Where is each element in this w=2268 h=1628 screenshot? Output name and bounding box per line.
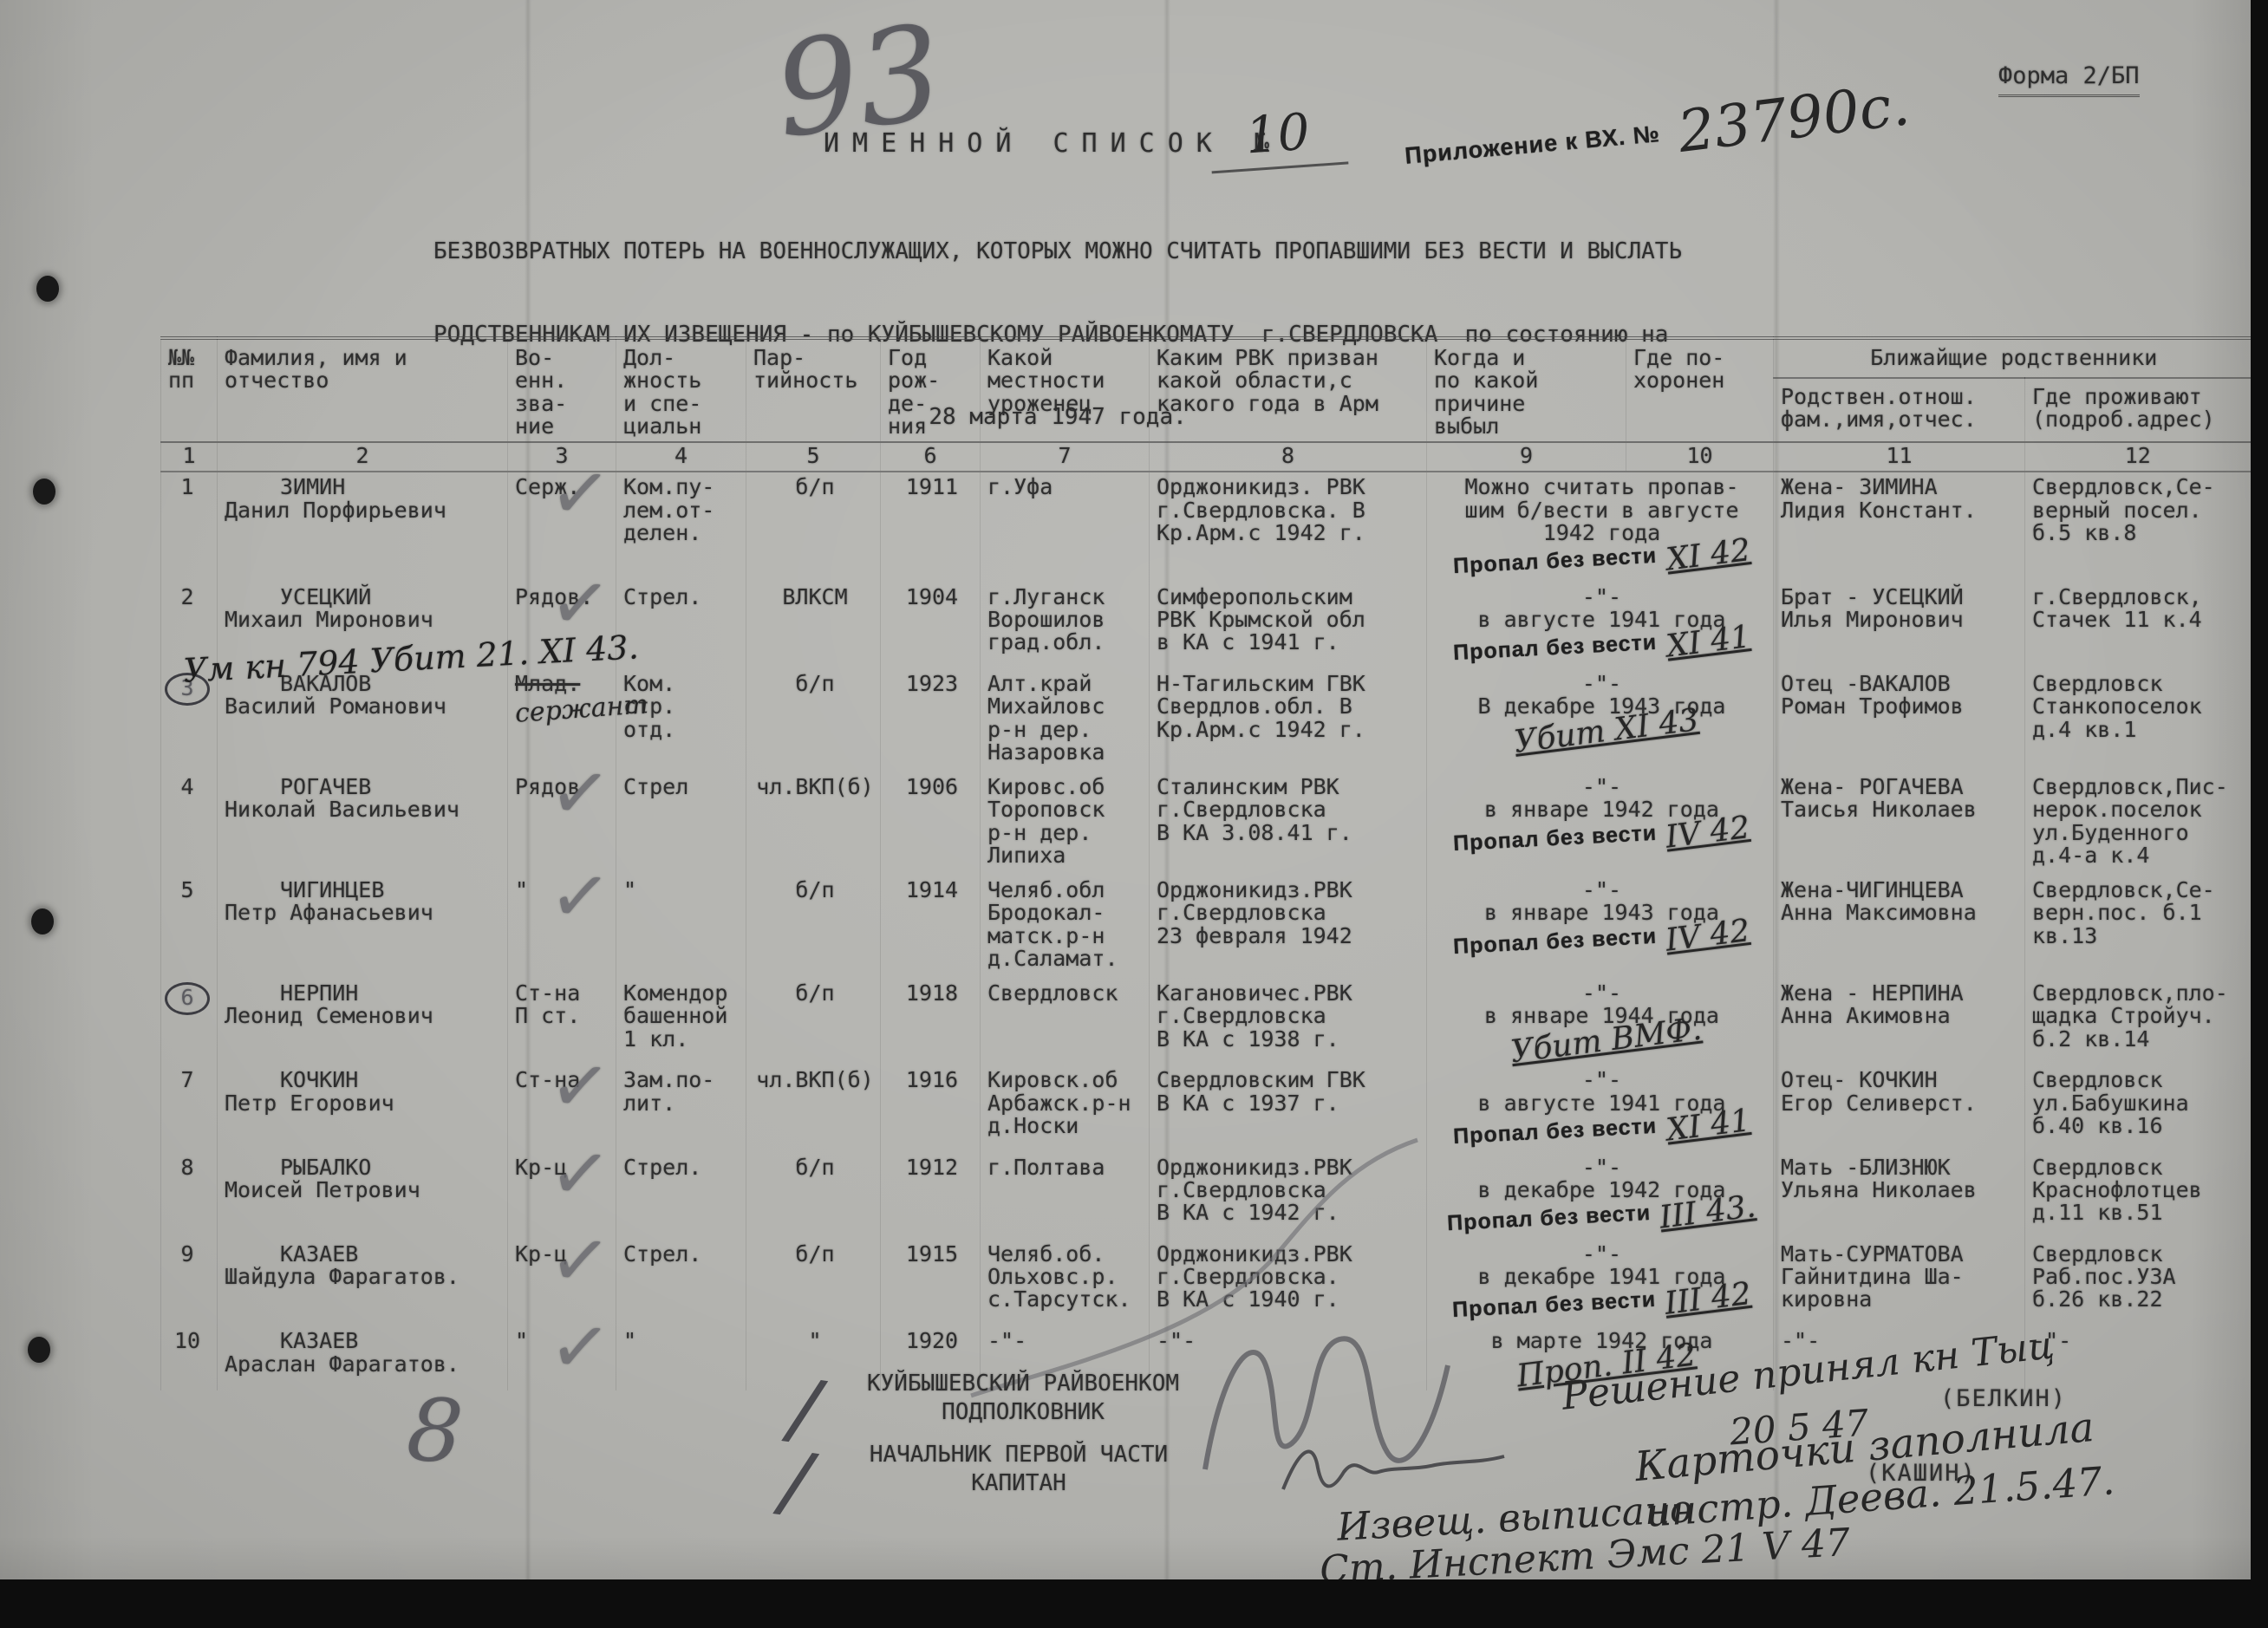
fate-text: -"- в январе 1944 года [1434,982,1769,1028]
name-cell: ЧИГИНЦЕВПетр Афанасьевич [218,876,508,979]
rank-cell: ✓Кр-ц [508,1240,616,1326]
rank-text: Ст-на [515,1067,580,1092]
party-cell: б/п [746,979,881,1065]
stamp-line: Убит ВМФ. [1434,1021,1770,1060]
table-row: 4РОГАЧЕВНиколай Васильевич✓РядовСтрелчл.… [161,772,2251,876]
row-number-cell: 6 [161,979,218,1065]
rank-text: Кр-ц [515,1241,567,1267]
missing-in-action-stamp: Пропал без вести [1453,924,1658,958]
chief-signature [1274,1429,1517,1507]
rank-cell: Ст-на П ст. [508,979,616,1065]
surname: ЧИГИНЦЕВ [280,879,504,902]
struck-rank: Млад. [515,671,580,696]
col-header-number: №№ пп [161,338,218,442]
handwritten-stamp-date: IV 42 [1664,811,1751,854]
position-cell: " [616,876,746,979]
scanned-document-page: { "document": { "page_number_hw": "93", … [0,0,2268,1628]
address-cell: г.Свердловск, Стачек 11 к.4 [2025,583,2251,669]
origin-cell: Алт.край Михайловс р-н дер. Назаровка [981,669,1150,772]
handwritten-list-number: 10 [1208,100,1349,174]
casualty-list-table: №№ пп Фамилия, имя и отчество Во- енн. з… [160,336,2251,1390]
given-names: Николай Васильевич [225,798,504,821]
table-row: 8РЫБАЛКОМоисей Петрович✓Кр-цСтрел.б/п191… [161,1153,2251,1240]
fate-cell: -"- в августе 1941 годаПропал без вестиX… [1427,1065,1774,1152]
table-row: 1ЗИМИНДанил Порфирьевич✓Серж.Ком.пу- лем… [161,472,2251,583]
table-row: 5ЧИГИНЦЕВПетр Афанасьевич✓""б/п1914Челяб… [161,876,2251,979]
table-row: 3Ум кн 794 Убит 21. XI 43.ВАКАЛОВВасилий… [161,669,2251,772]
row-number-cell: 9 [161,1240,218,1326]
table-row: 7КОЧКИНПетр Егорович✓Ст-наЗам.по- лит.чл… [161,1065,2251,1152]
row-number-cell: 7 [161,1065,218,1152]
col-number: 5 [746,442,881,472]
origin-cell: г.Полтава [981,1153,1150,1240]
table-row: 9КАЗАЕВШайдула Фарагатов.✓Кр-цСтрел.б/п1… [161,1240,2251,1326]
fate-cell: -"- в январе 1943 годаПропал без вестиIV… [1427,876,1774,979]
relative-cell: Брат - УСЕЦКИЙ Илья Миронович [1774,583,2025,669]
origin-cell: Челяб.обл Бродокал- матск.р-н д.Саламат. [981,876,1150,979]
party-cell: ВЛКСМ [746,583,881,669]
address-cell: Свердловск,Се- верн.пос. б.1 кв.13 [2025,876,2251,979]
drafted-by-cell: Н-Тагильским ГВК Свердлов.обл. В Кр.Арм.… [1150,669,1427,772]
col-number: 6 [881,442,981,472]
rank-text: Ст-на П ст. [515,980,580,1028]
given-names: Леонид Семенович [225,1005,504,1027]
drafted-by-cell: Свердловским ГВК В КА с 1937 г. [1150,1065,1427,1152]
relative-cell: Жена-ЧИГИНЦЕВА Анна Максимовна [1774,876,2025,979]
col-number: 8 [1150,442,1427,472]
form-label: Форма 2/БП [1998,62,2140,97]
party-cell: чл.ВКП(б) [746,1065,881,1152]
handwritten-stamp-date: III 42 [1663,1278,1753,1321]
stamp-line: Пропал без вестиXI 41 [1434,1109,1770,1148]
col-header-rank: Во- енн. зва- ние [508,338,616,442]
birth-year-cell: 1911 [881,472,981,583]
col-number: 9 [1427,442,1626,472]
subtitle-line: БЕЗВОЗВРАТНЫХ ПОТЕРЬ НА ВОЕННОСЛУЖАЩИХ, … [433,238,1682,266]
handwritten-stamp-date: XI 42 [1665,534,1752,576]
rank-cell: Млад.сержант [508,669,616,772]
rank-text: " [515,877,528,902]
position-cell: Зам.по- лит. [616,1065,746,1152]
address-cell: Свердловск Раб.пос.УЗА б.26 кв.22 [2025,1240,2251,1326]
surname: РОГАЧЕВ [280,776,504,798]
missing-in-action-stamp: Пропал без вести [1453,1115,1658,1149]
given-names: Петр Афанасьевич [225,902,504,924]
name-cell: ЗИМИНДанил Порфирьевич [218,472,508,583]
birth-year-cell: 1916 [881,1065,981,1152]
rank-cell: ✓" [508,876,616,979]
surname: НЕРПИН [280,982,504,1005]
col-number: 10 [1626,442,1774,472]
rank-text: Серж. [515,474,580,499]
handwritten-rank: сержант [514,694,613,727]
surname: КАЗАЕВ [280,1330,504,1352]
relative-cell: Жена- ЗИМИНА Лидия Констант. [1774,472,2025,583]
stamp-line: Убит XI 43 [1434,712,1770,751]
origin-cell: г.Луганск Ворошилов град.обл. [981,583,1150,669]
address-cell: Свердловск Краснофлотцев д.11 кв.51 [2025,1153,2251,1240]
rank-text: Рядов [515,774,580,799]
birth-year-cell: 1914 [881,876,981,979]
party-cell: б/п [746,472,881,583]
chief-signature-title: НАЧАЛЬНИК ПЕРВОЙ ЧАСТИ КАПИТАН [815,1441,1222,1497]
stamp-line: Пропал без вестиIII 43. [1434,1195,1770,1234]
missing-in-action-stamp: Пропал без вести [1451,1288,1656,1322]
col-number: 7 [981,442,1150,472]
col-header-relatives-group: Ближайщие родственники [1774,338,2251,378]
stamp-line: Пропал без вестиIV 42 [1434,918,1770,957]
row-number-cell: 8 [161,1153,218,1240]
punch-hole [33,479,55,505]
address-cell: -"- [2025,1326,2251,1390]
relative-cell: Жена- РОГАЧЕВА Таисья Николаев [1774,772,2025,876]
relative-cell: Мать -БЛИЗНЮК Ульяна Николаев [1774,1153,2025,1240]
birth-year-cell: 1915 [881,1240,981,1326]
col-number: 2 [218,442,508,472]
origin-cell: Кировс.об Тороповск р-н дер. Липиха [981,772,1150,876]
position-cell: Стрел [616,772,746,876]
birth-year-cell: 1918 [881,979,981,1065]
row-number-cell: 10 [161,1326,218,1390]
given-names: Моисей Петрович [225,1179,504,1201]
drafted-by-cell: Орджоникидз.РВК г.Свердловска В КА с 194… [1150,1153,1427,1240]
address-cell: Свердловск,Пис- нерок.поселок ул.Буденно… [2025,772,2251,876]
name-cell: Ум кн 794 Убит 21. XI 43.ВАКАЛОВВасилий … [218,669,508,772]
col-header-when-lost: Когда и по какой причине выбыл [1427,338,1626,442]
stamp-line: Пропал без вестиIII 42 [1434,1282,1770,1321]
relative-cell: Жена - НЕРПИНА Анна Акимовна [1774,979,2025,1065]
drafted-by-cell: Орджоникидз.РВК г.Свердловска 23 февраля… [1150,876,1427,979]
missing-in-action-stamp: Пропал без вести [1453,544,1658,578]
handwritten-stamp-date: XI 41 [1665,621,1752,663]
col-header-burial: Где по- хоронен [1626,338,1774,442]
missing-in-action-stamp: Пропал без вести [1447,1201,1652,1235]
address-cell: Свердловск,Се- верный посел. б.5 кв.8 [2025,472,2251,583]
position-cell: " [616,1326,746,1390]
given-names: Петр Егорович [225,1092,504,1115]
punch-hole [31,908,54,934]
name-cell: РОГАЧЕВНиколай Васильевич [218,772,508,876]
handwritten-stamp-date: IV 42 [1664,915,1751,957]
paper-sheet: 93 Форма 2/БП ИМЕННОЙ СПИСОК № 10 Прилож… [0,0,2251,1579]
rank-text: Кр-ц [515,1155,567,1180]
stamp-line: Пропал без вестиXI 42 [1434,538,1770,577]
surname: ЗИМИН [280,476,504,498]
drafted-by-cell: Симферопольским РВК Крымской обл в КА с … [1150,583,1427,669]
party-cell: б/п [746,1240,881,1326]
position-cell: Комендор башенной 1 кл. [616,979,746,1065]
rank-cell: ✓Рядов [508,772,616,876]
col-header-party: Пар- тийность [746,338,881,442]
drafted-by-cell: Кагановичес.РВК г.Свердловска В КА с 193… [1150,979,1427,1065]
col-number: 12 [2025,442,2251,472]
position-cell: Ком. стр. отд. [616,669,746,772]
address-cell: Свердловск Станкопоселок д.4 кв.1 [2025,669,2251,772]
incoming-attachment-stamp: Приложение к ВХ. № [1404,120,1661,170]
surname: КАЗАЕВ [280,1243,504,1266]
column-numbers-row: 1 2 3 4 5 6 7 8 9 10 11 12 [161,442,2251,472]
rank-cell: ✓Серж. [508,472,616,583]
given-names: Михаил Миронович [225,609,504,631]
origin-cell: г.Уфа [981,472,1150,583]
handwritten-incoming-number: 23790с. [1674,71,1913,166]
fate-cell: -"- в августе 1941 годаПропал без вестиX… [1427,583,1774,669]
fate-cell: -"- в январе 1942 годаПропал без вестиIV… [1427,772,1774,876]
origin-cell: Свердловск [981,979,1150,1065]
name-cell: КАЗАЕВШайдула Фарагатов. [218,1240,508,1326]
punch-hole [28,1337,50,1363]
position-cell: Стрел. [616,1153,746,1240]
surname: КОЧКИН [280,1069,504,1091]
birth-year-cell: 1906 [881,772,981,876]
birth-year-cell: 1912 [881,1153,981,1240]
name-cell: НЕРПИНЛеонид Семенович [218,979,508,1065]
col-header-drafted-by: Каким РВК призван какой области,с какого… [1150,338,1427,442]
col-number: 3 [508,442,616,472]
rank-cell: ✓Кр-ц [508,1153,616,1240]
rank-cell: ✓Ст-на [508,1065,616,1152]
relative-cell: Отец- КОЧКИН Егор Селиверст. [1774,1065,2025,1152]
drafted-by-cell: Орджоникидз. РВК г.Свердловска. В Кр.Арм… [1150,472,1427,583]
rank-text: Рядов. [515,584,593,609]
fate-cell: Можно считать пропав- шим б/вести в авгу… [1427,472,1774,583]
table-row: 6НЕРПИНЛеонид СеменовичСт-на П ст.Коменд… [161,979,2251,1065]
given-names: Василий Романович [225,695,504,718]
given-names: Шайдула Фарагатов. [225,1266,504,1288]
address-cell: Свердловск,пло- щадка Стройуч. б.2 кв.14 [2025,979,2251,1065]
handwritten-sheet-mark: 8 [404,1378,466,1483]
party-cell: чл.ВКП(б) [746,772,881,876]
address-cell: Свердловск ул.Бабушкина б.40 кв.16 [2025,1065,2251,1152]
position-cell: Ком.пу- лем.от- делен. [616,472,746,583]
stamp-line: Пропал без вестиIV 42 [1434,815,1770,854]
party-cell: б/п [746,876,881,979]
handwritten-stamp-date: III 43. [1659,1190,1758,1234]
col-number: 4 [616,442,746,472]
col-header-origin: Какой местности уроженец [981,338,1150,442]
stamp-line: Пропал без вестиXI 41 [1434,625,1770,664]
table-header: №№ пп Фамилия, имя и отчество Во- енн. з… [161,338,2251,472]
fate-cell: -"- В декабре 1943 годаУбит XI 43 [1427,669,1774,772]
surname: РЫБАЛКО [280,1156,504,1179]
given-names: Араслан Фарагатов. [225,1353,504,1376]
birth-year-cell: 1904 [881,583,981,669]
name-cell: РЫБАЛКОМоисей Петрович [218,1153,508,1240]
col-header-name: Фамилия, имя и отчество [218,338,508,442]
col-header-relative-name: Родствен.отнош. фам.,имя,отчес. [1774,378,2025,442]
table-body: 1ЗИМИНДанил Порфирьевич✓Серж.Ком.пу- лем… [161,472,2251,1390]
name-cell: КОЧКИНПетр Егорович [218,1065,508,1152]
col-header-birth-year: Год рож- де- ния [881,338,981,442]
relative-cell: Мать-СУРМАТОВА Гайнитдина Ша- кировна [1774,1240,2025,1326]
fate-cell: -"- в декабре 1942 годаПропал без вестиI… [1427,1153,1774,1240]
relative-cell: Отец -ВАКАЛОВ Роман Трофимов [1774,669,2025,772]
position-cell: Стрел. [616,1240,746,1326]
col-header-relative-address: Где проживают (подроб.адрес) [2025,378,2251,442]
drafted-by-cell: Сталинским РВК г.Свердловска В КА 3.08.4… [1150,772,1427,876]
handwritten-stamp-date: XI 41 [1665,1104,1752,1147]
col-number: 11 [1774,442,2025,472]
given-names: Данил Порфирьевич [225,499,504,522]
fate-text: -"- В декабре 1943 года [1434,673,1769,719]
missing-in-action-stamp: Пропал без вести [1453,821,1658,855]
fate-text: Можно считать пропав- шим б/вести в авгу… [1434,476,1769,544]
origin-cell: Кировск.об Арбажск.р-н д.Носки [981,1065,1150,1152]
row-number-cell: 4 [161,772,218,876]
col-header-position: Дол- жность и спе- циальн [616,338,746,442]
row-number-cell: 5 [161,876,218,979]
fate-cell: -"- в декабре 1941 годаПропал без вестиI… [1427,1240,1774,1326]
party-cell: б/п [746,669,881,772]
rank-cell: ✓" [508,1326,616,1390]
origin-cell: Челяб.об. Ольховс.р. с.Тарсутск. [981,1240,1150,1326]
fate-cell: -"- в январе 1944 годаУбит ВМФ. [1427,979,1774,1065]
circled-row-number: 6 [165,982,210,1015]
birth-year-cell: 1923 [881,669,981,772]
row-number-cell: 1 [161,472,218,583]
punch-hole [36,276,59,302]
surname: УСЕЦКИЙ [280,586,504,609]
missing-in-action-stamp: Пропал без вести [1453,631,1658,665]
commissar-signature-title: КУЙБЫШЕВСКИЙ РАЙВОЕНКОМ ПОДПОЛКОВНИК [819,1370,1227,1426]
rank-text: " [515,1328,528,1353]
col-number: 1 [161,442,218,472]
party-cell: б/п [746,1153,881,1240]
drafted-by-cell: Орджоникидз.РВК г.Свердловска. В КА с 19… [1150,1240,1427,1326]
